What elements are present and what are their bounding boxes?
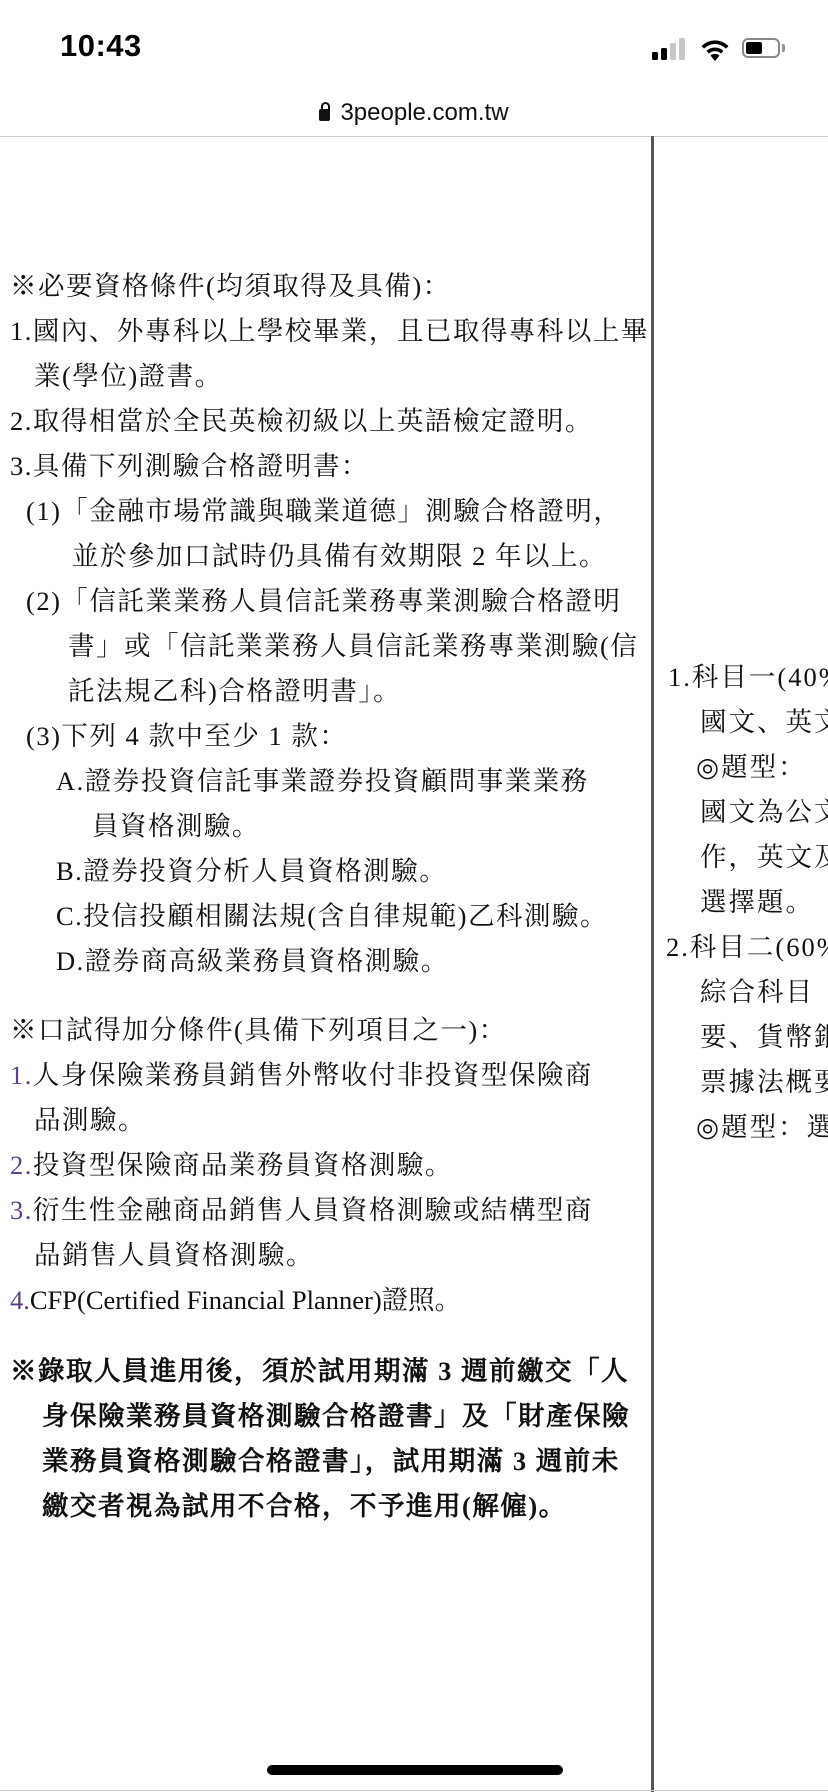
required-line: 3.具備下列測驗合格證明書： [10,444,369,489]
required-line: 並於參加口試時仍具備有效期限 2 年以上。 [72,534,607,579]
bonus-item-cont: 品測驗。 [34,1098,146,1143]
url-bar[interactable]: 3people.com.tw [0,90,828,136]
right-line: 國文、英文 [700,700,828,745]
right-line: 國文為公文 [700,790,828,835]
required-line: C.投信投顧相關法規(含自律規範)乙科測驗。 [56,894,608,939]
right-line: ◎題型：選 [696,1105,828,1150]
wifi-icon [698,36,732,62]
bonus-heading: ※口試得加分條件(具備下列項目之一)： [10,1008,507,1053]
notice-line: 業務員資格測驗合格證書」，試用期滿 3 週前未 [42,1439,620,1484]
bonus-item-number: 1. [10,1060,33,1090]
required-line: 託法規乙科)合格證明書」。 [68,669,401,714]
bonus-item: 3.衍生性金融商品銷售人員資格測驗或結構型商 [10,1188,593,1233]
right-line: 票據法概要 [700,1060,828,1105]
required-line: (1)「金融市場常識與職業道德」測驗合格證明， [26,489,621,534]
status-time: 10:43 [60,28,142,64]
bonus-item-number: 2. [10,1150,33,1180]
battery-icon [742,38,780,58]
lock-icon [319,109,330,121]
cellular-signal-icon [652,38,685,60]
bonus-item-number: 3. [10,1195,33,1225]
bonus-item: 4.CFP(Certified Financial Planner)證照。 [10,1278,461,1323]
notice-line: 繳交者視為試用不合格，不予進用(解僱)。 [42,1484,567,1529]
required-line: (2)「信託業業務人員信託業務專業測驗合格證明 [26,579,621,624]
bonus-item-text: 人身保險業務員銷售外幣收付非投資型保險商 [33,1060,593,1090]
bonus-item-cont: 品銷售人員資格測驗。 [34,1233,314,1278]
required-line: 書」或「信託業業務人員信託業務專業測驗(信 [68,624,638,669]
right-line: 綜合科目 [700,970,814,1015]
required-line: 業(學位)證書。 [34,354,223,399]
right-line: 選擇題。 [700,880,814,925]
bonus-item-text: CFP(Certified Financial Planner)證照。 [30,1285,461,1315]
notice-line: 身保險業務員資格測驗合格證書」及「財產保險 [42,1394,630,1439]
bottom-border [0,1790,828,1791]
status-bar: 10:43 [0,0,828,96]
required-heading: ※必要資格條件(均須取得及具備)： [10,264,451,309]
right-line: 作，英文及 [700,835,828,880]
document-page-left[interactable]: ※必要資格條件(均須取得及具備)： 1.國內、外專科以上學校畢業，且已取得專科以… [0,136,650,1792]
right-line: ◎題型： [696,745,807,790]
bonus-item-number: 4. [10,1285,30,1315]
required-line: B.證券投資分析人員資格測驗。 [56,849,447,894]
required-line: 1.國內、外專科以上學校畢業，且已取得專科以上畢 [10,309,649,354]
right-line: 要、貨幣銀 [700,1015,828,1060]
bonus-item-text: 衍生性金融商品銷售人員資格測驗或結構型商 [33,1195,593,1225]
bonus-item: 1.人身保險業務員銷售外幣收付非投資型保險商 [10,1053,593,1098]
required-line: A.證券投資信託事業證券投資顧問事業業務 [56,759,589,804]
bonus-item: 2.投資型保險商品業務員資格測驗。 [10,1143,453,1188]
right-line: 1.科目一(40% [668,655,828,700]
required-line: 2.取得相當於全民英檢初級以上英語檢定證明。 [10,399,593,444]
home-indicator[interactable] [267,1765,563,1775]
document-page-right[interactable]: 1.科目一(40% 國文、英文 ◎題型： 國文為公文 作，英文及 選擇題。 2.… [654,136,828,1792]
required-line: (3)下列 4 款中至少 1 款： [26,714,347,759]
bonus-item-text: 投資型保險商品業務員資格測驗。 [33,1150,453,1180]
url-text: 3people.com.tw [340,99,508,127]
required-line: D.證券商高級業務員資格測驗。 [56,939,449,984]
notice-line: ※錄取人員進用後，須於試用期滿 3 週前繳交「人 [10,1349,629,1394]
battery-tip [782,44,785,52]
right-line: 2.科目二(60% [666,925,828,970]
required-line: 員資格測驗。 [92,804,260,849]
